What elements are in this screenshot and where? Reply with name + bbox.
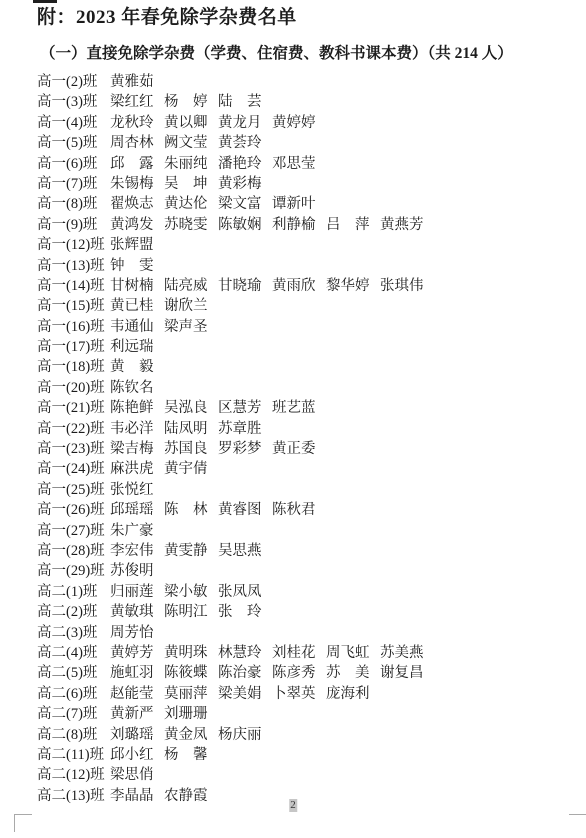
roster-row: 高一(26)班邱瑶瑶陈 林黄睿图陈秋君 xyxy=(37,500,577,520)
roster-row: 高一(9)班黄鸿发苏晓雯陈敏娴利静榆吕 萍黄燕芳 xyxy=(37,215,577,235)
student-name: 邱瑶瑶 xyxy=(110,500,164,520)
student-name: 庞海利 xyxy=(326,684,370,704)
student-name: 黄婷芳 xyxy=(110,643,164,663)
student-name: 张 玲 xyxy=(218,602,262,622)
student-name: 阙文莹 xyxy=(164,133,218,153)
roster-row: 高一(20)班陈钦名 xyxy=(37,378,577,398)
class-label: 高一(28)班 xyxy=(37,541,110,561)
student-name: 陆凤明 xyxy=(164,419,218,439)
roster-row: 高一(17)班利远瑞 xyxy=(37,337,577,357)
student-name: 利静榆 xyxy=(272,215,326,235)
student-name: 梁文富 xyxy=(218,194,272,214)
student-name: 赵能莹 xyxy=(110,684,164,704)
class-label: 高一(15)班 xyxy=(37,296,110,316)
roster-row: 高一(18)班黄 毅 xyxy=(37,357,577,377)
student-name: 莫丽萍 xyxy=(164,684,218,704)
class-label: 高一(16)班 xyxy=(37,317,110,337)
student-name: 杨 婷 xyxy=(164,92,218,112)
class-label: 高一(26)班 xyxy=(37,500,110,520)
student-name: 吴 坤 xyxy=(164,174,218,194)
roster-row: 高一(29)班苏俊明 xyxy=(37,561,577,581)
student-name: 苏美燕 xyxy=(380,643,424,663)
student-name: 谭新叶 xyxy=(272,194,316,214)
student-name: 朱锡梅 xyxy=(110,174,164,194)
student-name: 苏晓雯 xyxy=(164,215,218,235)
student-name: 翟焕志 xyxy=(110,194,164,214)
student-name: 邓思莹 xyxy=(272,154,316,174)
student-name: 甘树楠 xyxy=(110,276,164,296)
student-name: 吕 萍 xyxy=(326,215,380,235)
text-boundary-mark-bottom-right xyxy=(569,814,586,832)
student-name: 刘桂花 xyxy=(272,643,326,663)
student-name: 朱广豪 xyxy=(110,521,154,541)
class-label: 高一(13)班 xyxy=(37,256,110,276)
class-label: 高一(4)班 xyxy=(37,113,110,133)
student-name: 陈敏娴 xyxy=(218,215,272,235)
student-name: 黎华婷 xyxy=(326,276,380,296)
student-name: 吴思燕 xyxy=(218,541,262,561)
student-name: 黄宇倩 xyxy=(164,459,208,479)
student-name: 甘晓瑜 xyxy=(218,276,272,296)
student-name: 张凤凤 xyxy=(218,582,262,602)
roster-row: 高一(2)班黄雅茹 xyxy=(37,72,577,92)
roster-row: 高二(11)班邱小红杨 馨 xyxy=(37,745,577,765)
student-name: 黄雨欣 xyxy=(272,276,326,296)
class-label: 高一(22)班 xyxy=(37,419,110,439)
roster-row: 高二(13)班李晶晶农静霞 xyxy=(37,786,577,806)
class-label: 高一(25)班 xyxy=(37,480,110,500)
student-name: 黄敏琪 xyxy=(110,602,164,622)
student-name: 周杏林 xyxy=(110,133,164,153)
document-page: 附：2023 年春免除学杂费名单 （一）直接免除学杂费（学费、住宿费、教科书课本… xyxy=(0,0,586,838)
class-label: 高二(1)班 xyxy=(37,582,110,602)
roster-row: 高二(2)班黄敏琪陈明江张 玲 xyxy=(37,602,577,622)
roster-row: 高一(3)班梁红红杨 婷陆 芸 xyxy=(37,92,577,112)
class-label: 高一(7)班 xyxy=(37,174,110,194)
page-title: 附：2023 年春免除学杂费名单 xyxy=(37,6,297,30)
student-name: 梁美娟 xyxy=(218,684,272,704)
section-heading: （一）直接免除学杂费（学费、住宿费、教科书课本费）（共 214 人） xyxy=(40,44,513,64)
class-label: 高二(6)班 xyxy=(37,684,110,704)
student-name: 谢复昌 xyxy=(380,663,424,683)
roster-row: 高二(6)班赵能莹莫丽萍梁美娟卜翠英庞海利 xyxy=(37,684,577,704)
student-name: 邱 露 xyxy=(110,154,164,174)
student-name: 麻洪虎 xyxy=(110,459,164,479)
student-name: 钟 雯 xyxy=(110,256,154,276)
class-label: 高二(12)班 xyxy=(37,765,110,785)
student-name: 李宏伟 xyxy=(110,541,164,561)
student-name: 谢欣兰 xyxy=(164,296,208,316)
student-name: 黄以卿 xyxy=(164,113,218,133)
student-name: 梁小敏 xyxy=(164,582,218,602)
class-label: 高一(24)班 xyxy=(37,459,110,479)
roster-row: 高一(13)班钟 雯 xyxy=(37,256,577,276)
student-name: 周飞虹 xyxy=(326,643,380,663)
roster-row: 高一(12)班张辉盟 xyxy=(37,235,577,255)
student-name: 黄新严 xyxy=(110,704,164,724)
student-name: 苏章胜 xyxy=(218,419,262,439)
roster-row: 高一(25)班张悦红 xyxy=(37,480,577,500)
class-label: 高二(11)班 xyxy=(37,745,110,765)
student-name: 潘艳玲 xyxy=(218,154,272,174)
student-name: 陆亮威 xyxy=(164,276,218,296)
student-name: 周芳怡 xyxy=(110,623,154,643)
student-name: 苏国良 xyxy=(164,439,218,459)
student-name: 刘璐瑶 xyxy=(110,725,164,745)
roster-row: 高一(8)班翟焕志黄达伦梁文富谭新叶 xyxy=(37,194,577,214)
class-label: 高二(2)班 xyxy=(37,602,110,622)
class-label: 高一(17)班 xyxy=(37,337,110,357)
roster-row: 高一(22)班韦必洋陆凤明苏章胜 xyxy=(37,419,577,439)
class-label: 高一(27)班 xyxy=(37,521,110,541)
student-name: 区慧芳 xyxy=(218,398,272,418)
student-name: 黄达伦 xyxy=(164,194,218,214)
class-label: 高一(5)班 xyxy=(37,133,110,153)
roster-row: 高一(23)班梁吉梅苏国良罗彩梦黄正委 xyxy=(37,439,577,459)
class-label: 高二(8)班 xyxy=(37,725,110,745)
class-label: 高一(23)班 xyxy=(37,439,110,459)
class-label: 高一(20)班 xyxy=(37,378,110,398)
student-name: 陈艳鲜 xyxy=(110,398,164,418)
roster-row: 高二(3)班周芳怡 xyxy=(37,623,577,643)
student-name: 黄婷婷 xyxy=(272,113,316,133)
student-name: 黄燕芳 xyxy=(380,215,424,235)
class-label: 高一(6)班 xyxy=(37,154,110,174)
class-label: 高一(3)班 xyxy=(37,92,110,112)
roster-row: 高一(14)班甘树楠陆亮威甘晓瑜黄雨欣黎华婷张琪伟 xyxy=(37,276,577,296)
student-name: 罗彩梦 xyxy=(218,439,272,459)
student-name: 陈彦秀 xyxy=(272,663,326,683)
student-name: 黄荟玲 xyxy=(218,133,262,153)
student-name: 卜翠英 xyxy=(272,684,326,704)
student-name: 韦必洋 xyxy=(110,419,164,439)
student-name: 黄已桂 xyxy=(110,296,164,316)
roster-row: 高一(27)班朱广豪 xyxy=(37,521,577,541)
roster-row: 高二(12)班梁思俏 xyxy=(37,765,577,785)
roster-row: 高一(24)班麻洪虎黄宇倩 xyxy=(37,459,577,479)
class-label: 高二(3)班 xyxy=(37,623,110,643)
class-label: 高二(13)班 xyxy=(37,786,110,806)
roster-row: 高一(15)班黄已桂谢欣兰 xyxy=(37,296,577,316)
student-name: 张悦红 xyxy=(110,480,154,500)
roster-row: 高二(7)班黄新严刘珊珊 xyxy=(37,704,577,724)
student-name: 杨庆丽 xyxy=(218,725,262,745)
class-label: 高一(2)班 xyxy=(37,72,110,92)
roster-row: 高二(5)班施虹羽陈筱蝶陈治豪陈彦秀苏 美谢复昌 xyxy=(37,663,577,683)
roster-row: 高二(1)班归丽莲梁小敏张凤凤 xyxy=(37,582,577,602)
class-label: 高一(8)班 xyxy=(37,194,110,214)
student-name: 陈治豪 xyxy=(218,663,272,683)
student-name: 韦通仙 xyxy=(110,317,164,337)
student-name: 吴泓良 xyxy=(164,398,218,418)
roster-row: 高一(7)班朱锡梅吴 坤黄彩梅 xyxy=(37,174,577,194)
student-name: 陆 芸 xyxy=(218,92,262,112)
student-name: 黄睿图 xyxy=(218,500,272,520)
student-name: 朱丽纯 xyxy=(164,154,218,174)
page-number-field[interactable]: 2 xyxy=(289,799,297,812)
student-name: 黄彩梅 xyxy=(218,174,262,194)
roster-row: 高二(4)班黄婷芳黄明珠林慧玲刘桂花周飞虹苏美燕 xyxy=(37,643,577,663)
class-label: 高二(7)班 xyxy=(37,704,110,724)
student-name: 龙秋玲 xyxy=(110,113,164,133)
roster-row: 高一(16)班韦通仙梁声圣 xyxy=(37,317,577,337)
class-label: 高一(18)班 xyxy=(37,357,110,377)
student-name: 利远瑞 xyxy=(110,337,154,357)
student-name: 梁吉梅 xyxy=(110,439,164,459)
class-label: 高二(4)班 xyxy=(37,643,110,663)
student-name: 黄雅茹 xyxy=(110,72,154,92)
student-name: 陈秋君 xyxy=(272,500,316,520)
roster-row: 高二(8)班刘璐瑶黄金凤杨庆丽 xyxy=(37,725,577,745)
student-name: 黄金凤 xyxy=(164,725,218,745)
student-name: 黄正委 xyxy=(272,439,316,459)
page-edge-artifact xyxy=(33,0,57,3)
text-boundary-mark-bottom-left xyxy=(14,814,32,832)
class-label: 高二(5)班 xyxy=(37,663,110,683)
student-name: 梁红红 xyxy=(110,92,164,112)
student-name: 陈 林 xyxy=(164,500,218,520)
roster-row: 高一(4)班龙秋玲黄以卿黄龙月黄婷婷 xyxy=(37,113,577,133)
class-label: 高一(14)班 xyxy=(37,276,110,296)
student-name: 归丽莲 xyxy=(110,582,164,602)
class-label: 高一(12)班 xyxy=(37,235,110,255)
student-name: 张辉盟 xyxy=(110,235,154,255)
roster-row: 高一(28)班李宏伟黄雯静吴思燕 xyxy=(37,541,577,561)
student-name: 邱小红 xyxy=(110,745,164,765)
student-name: 苏 美 xyxy=(326,663,380,683)
student-name: 林慧玲 xyxy=(218,643,272,663)
student-name: 施虹羽 xyxy=(110,663,164,683)
student-name: 梁声圣 xyxy=(164,317,208,337)
roster-row: 高一(21)班陈艳鲜吴泓良区慧芳班艺蓝 xyxy=(37,398,577,418)
student-name: 苏俊明 xyxy=(110,561,154,581)
class-label: 高一(9)班 xyxy=(37,215,110,235)
student-name: 陈筱蝶 xyxy=(164,663,218,683)
roster-row: 高一(5)班周杏林阙文莹黄荟玲 xyxy=(37,133,577,153)
student-name: 刘珊珊 xyxy=(164,704,208,724)
student-name: 杨 馨 xyxy=(164,745,208,765)
roster-row: 高一(6)班邱 露朱丽纯潘艳玲邓思莹 xyxy=(37,154,577,174)
student-name: 黄雯静 xyxy=(164,541,218,561)
class-label: 高一(21)班 xyxy=(37,398,110,418)
student-name: 李晶晶 xyxy=(110,786,164,806)
student-name: 黄龙月 xyxy=(218,113,272,133)
student-name: 梁思俏 xyxy=(110,765,154,785)
student-name: 黄明珠 xyxy=(164,643,218,663)
student-name: 农静霞 xyxy=(164,786,208,806)
class-label: 高一(29)班 xyxy=(37,561,110,581)
student-name: 黄 毅 xyxy=(110,357,154,377)
student-name: 陈明江 xyxy=(164,602,218,622)
student-roster: 高一(2)班黄雅茹高一(3)班梁红红杨 婷陆 芸高一(4)班龙秋玲黄以卿黄龙月黄… xyxy=(37,72,577,806)
student-name: 黄鸿发 xyxy=(110,215,164,235)
student-name: 张琪伟 xyxy=(380,276,424,296)
student-name: 陈钦名 xyxy=(110,378,154,398)
student-name: 班艺蓝 xyxy=(272,398,316,418)
